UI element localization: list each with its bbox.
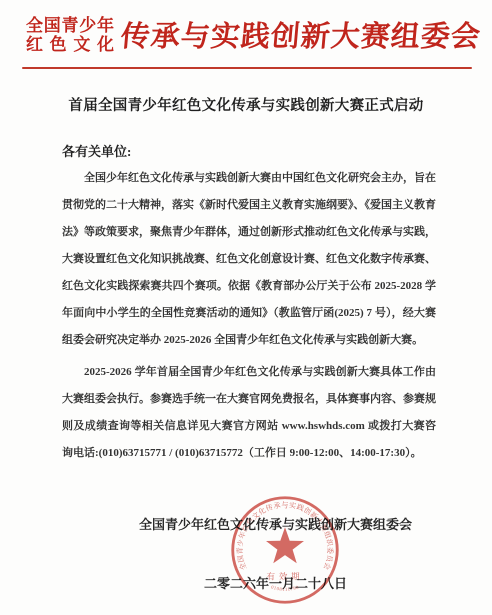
letterhead-left-line2: 红色文化 [26, 35, 114, 54]
letterhead-left-line1: 全国青少年 [26, 16, 114, 35]
body-paragraph-2: 2025-2026 学年首届全国青少年红色文化传承与实践创新大赛具体工作由大赛组… [62, 359, 436, 467]
signature-date: 二零二六年一月二十八日 [139, 573, 412, 592]
body-paragraph-1: 全国少年红色文化传承与实践创新大赛由中国红色文化研究会主办，旨在贯彻党的二十大精… [62, 165, 436, 354]
signature-organization: 全国青少年红色文化传承与实践创新大赛组委会 [139, 514, 412, 533]
document-page: 全国青少年 红色文化 传承与实践创新大赛组委会 首届全国青少年红色文化传承与实践… [0, 0, 492, 615]
document-title: 首届全国青少年红色文化传承与实践创新大赛正式启动 [30, 94, 462, 115]
letterhead-main-title: 传承与实践创新大赛组委会 [119, 14, 483, 55]
letterhead-rule [22, 67, 472, 69]
document-body: 全国少年红色文化传承与实践创新大赛由中国红色文化研究会主办，旨在贯彻党的二十大精… [62, 165, 436, 467]
salutation: 各有关单位: [62, 141, 131, 160]
letterhead: 全国青少年 红色文化 传承与实践创新大赛组委会 [26, 14, 472, 55]
letterhead-left-block: 全国青少年 红色文化 [26, 16, 114, 54]
signature-block: 全国青少年红色文化传承与实践创新大赛组委会 二零二六年一月二十八日 [139, 514, 412, 592]
